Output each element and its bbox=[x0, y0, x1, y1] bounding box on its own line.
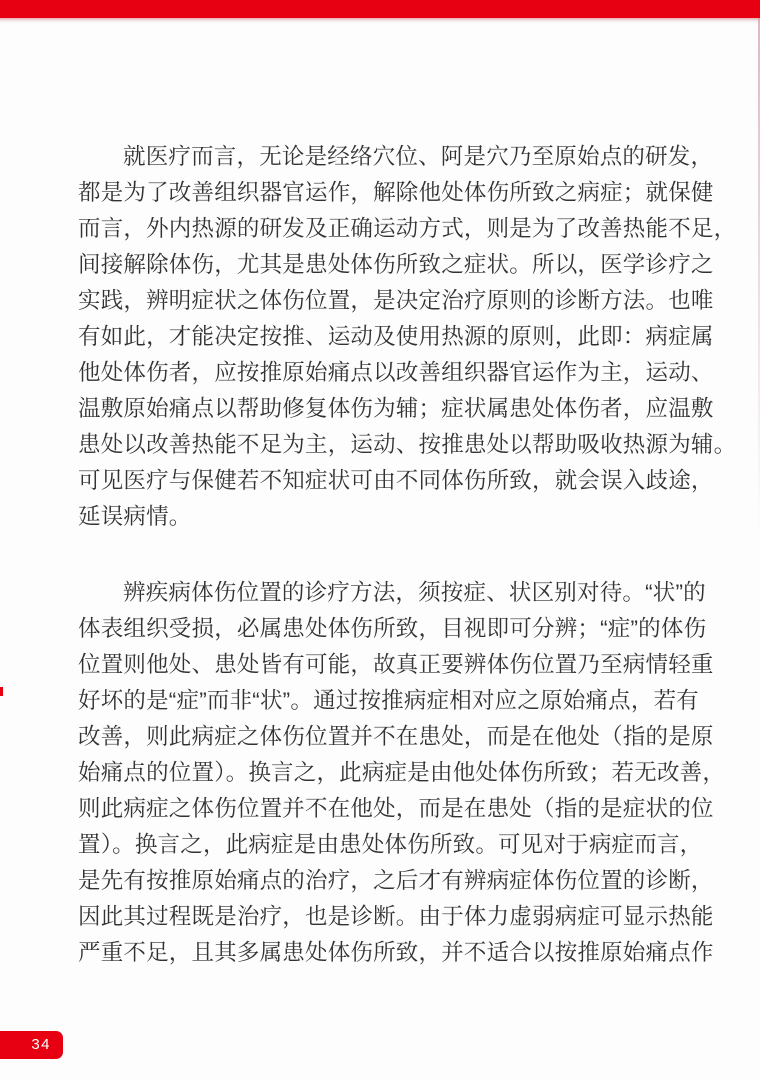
text-line: 则此病症之体伤位置并不在他处，而是在患处（指的是症状的位 bbox=[78, 791, 688, 827]
text-line: 就医疗而言，无论是经络穴位、阿是穴乃至原始点的研发， bbox=[78, 139, 688, 175]
text-line: 他处体伤者，应按推原始痛点以改善组织器官运作为主，运动、 bbox=[78, 355, 688, 391]
left-edge-red-tick bbox=[0, 687, 3, 696]
text-line: 实践，辨明症状之体伤位置，是决定治疗原则的诊断方法。也唯 bbox=[78, 283, 688, 319]
text-line: 可见医疗与保健若不知症状可由不同体伤所致，就会误入歧途， bbox=[78, 463, 688, 499]
top-red-bar bbox=[0, 0, 760, 18]
text-line: 间接解除体伤，尤其是患处体伤所致之症状。所以，医学诊疗之 bbox=[78, 247, 688, 283]
text-line: 都是为了改善组织器官运作，解除他处体伤所致之病症；就保健 bbox=[78, 175, 688, 211]
text-line: 位置则他处、患处皆有可能，故真正要辨体伤位置乃至病情轻重 bbox=[78, 647, 688, 683]
page-number-badge: 34 bbox=[0, 1031, 63, 1059]
text-line: 始痛点的位置）。换言之，此病症是由他处体伤所致；若无改善， bbox=[78, 755, 688, 791]
page-body-text: 就医疗而言，无论是经络穴位、阿是穴乃至原始点的研发， 都是为了改善组织器官运作，… bbox=[78, 139, 688, 971]
top-bar-scan-shadow bbox=[0, 18, 760, 24]
paragraph-1: 就医疗而言，无论是经络穴位、阿是穴乃至原始点的研发， 都是为了改善组织器官运作，… bbox=[78, 139, 688, 535]
text-line: 置）。换言之，此病症是由患处体伤所致。可见对于病症而言， bbox=[78, 827, 688, 863]
text-line: 是先有按推原始痛点的治疗，之后才有辨病症体伤位置的诊断， bbox=[78, 863, 688, 899]
text-line: 体表组织受损，必属患处体伤所致，目视即可分辨；“症”的体伤 bbox=[78, 611, 688, 647]
text-line: 温敷原始痛点以帮助修复体伤为辅；症状属患处体伤者，应温敷 bbox=[78, 391, 688, 427]
text-line: 患处以改善热能不足为主，运动、按推患处以帮助吸收热源为辅。 bbox=[78, 427, 688, 463]
text-line: 好坏的是“症”而非“状”。通过按推病症相对应之原始痛点，若有 bbox=[78, 683, 688, 719]
text-line: 延误病情。 bbox=[78, 499, 688, 535]
text-line: 有如此，才能决定按推、运动及使用热源的原则，此即：病症属 bbox=[78, 319, 688, 355]
text-line: 而言，外内热源的研发及正确运动方式，则是为了改善热能不足， bbox=[78, 211, 688, 247]
paragraph-2: 辨疾病体伤位置的诊疗方法，须按症、状区别对待。“状”的 体表组织受损，必属患处体… bbox=[78, 575, 688, 971]
text-line: 严重不足，且其多属患处体伤所致，并不适合以按推原始痛点作 bbox=[78, 935, 688, 971]
text-line: 改善，则此病症之体伤位置并不在患处，而是在他处（指的是原 bbox=[78, 719, 688, 755]
text-line: 辨疾病体伤位置的诊疗方法，须按症、状区别对待。“状”的 bbox=[78, 575, 688, 611]
text-line: 因此其过程既是治疗，也是诊断。由于体力虚弱病症可显示热能 bbox=[78, 899, 688, 935]
